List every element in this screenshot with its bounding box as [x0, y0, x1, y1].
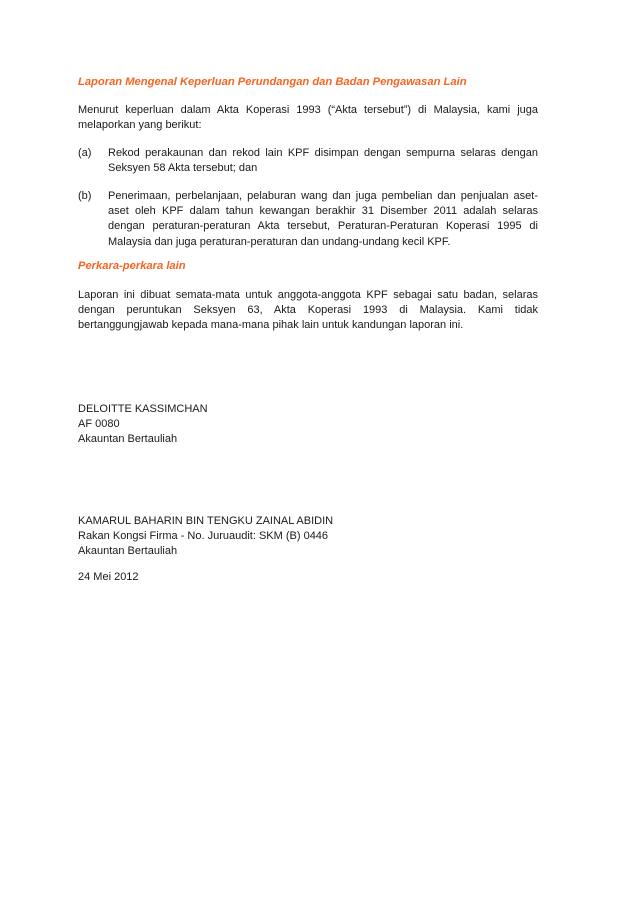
partner-signature-block: KAMARUL BAHARIN BIN TENGKU ZAINAL ABIDIN… [78, 514, 333, 560]
firm-code: AF 0080 [78, 417, 208, 432]
other-matters-paragraph: Laporan ini dibuat semata-mata untuk ang… [78, 288, 538, 334]
list-item-text-content: Penerimaan, perbelanjaan, pelaburan wang… [108, 189, 538, 250]
heading-other-matters: Perkara-perkara lain [78, 260, 186, 272]
list-item-text: Rekod perakaunan dan rekod lain KPF disi… [108, 146, 538, 176]
firm-title: Akauntan Bertauliah [78, 432, 208, 447]
partner-name: KAMARUL BAHARIN BIN TENGKU ZAINAL ABIDIN [78, 514, 333, 529]
partner-role: Rakan Kongsi Firma - No. Juruaudit: SKM … [78, 529, 333, 544]
list-item-label: (b) [78, 189, 91, 204]
list-item-label: (a) [78, 146, 91, 161]
firm-name: DELOITTE KASSIMCHAN [78, 402, 208, 417]
list-item-b: (b) Penerimaan, perbelanjaan, pelaburan … [78, 189, 538, 250]
partner-title: Akauntan Bertauliah [78, 544, 333, 559]
firm-signature-block: DELOITTE KASSIMCHAN AF 0080 Akauntan Ber… [78, 402, 208, 448]
heading-legal-requirements: Laporan Mengenal Keperluan Perundangan d… [78, 76, 467, 88]
list-item-a: (a) Rekod perakaunan dan rekod lain KPF … [78, 146, 538, 176]
list-item-text-content: Rekod perakaunan dan rekod lain KPF disi… [102, 146, 538, 176]
report-date: 24 Mei 2012 [78, 570, 139, 585]
intro-paragraph: Menurut keperluan dalam Akta Koperasi 19… [78, 103, 538, 133]
list-item-text: Penerimaan, perbelanjaan, pelaburan wang… [108, 189, 538, 250]
